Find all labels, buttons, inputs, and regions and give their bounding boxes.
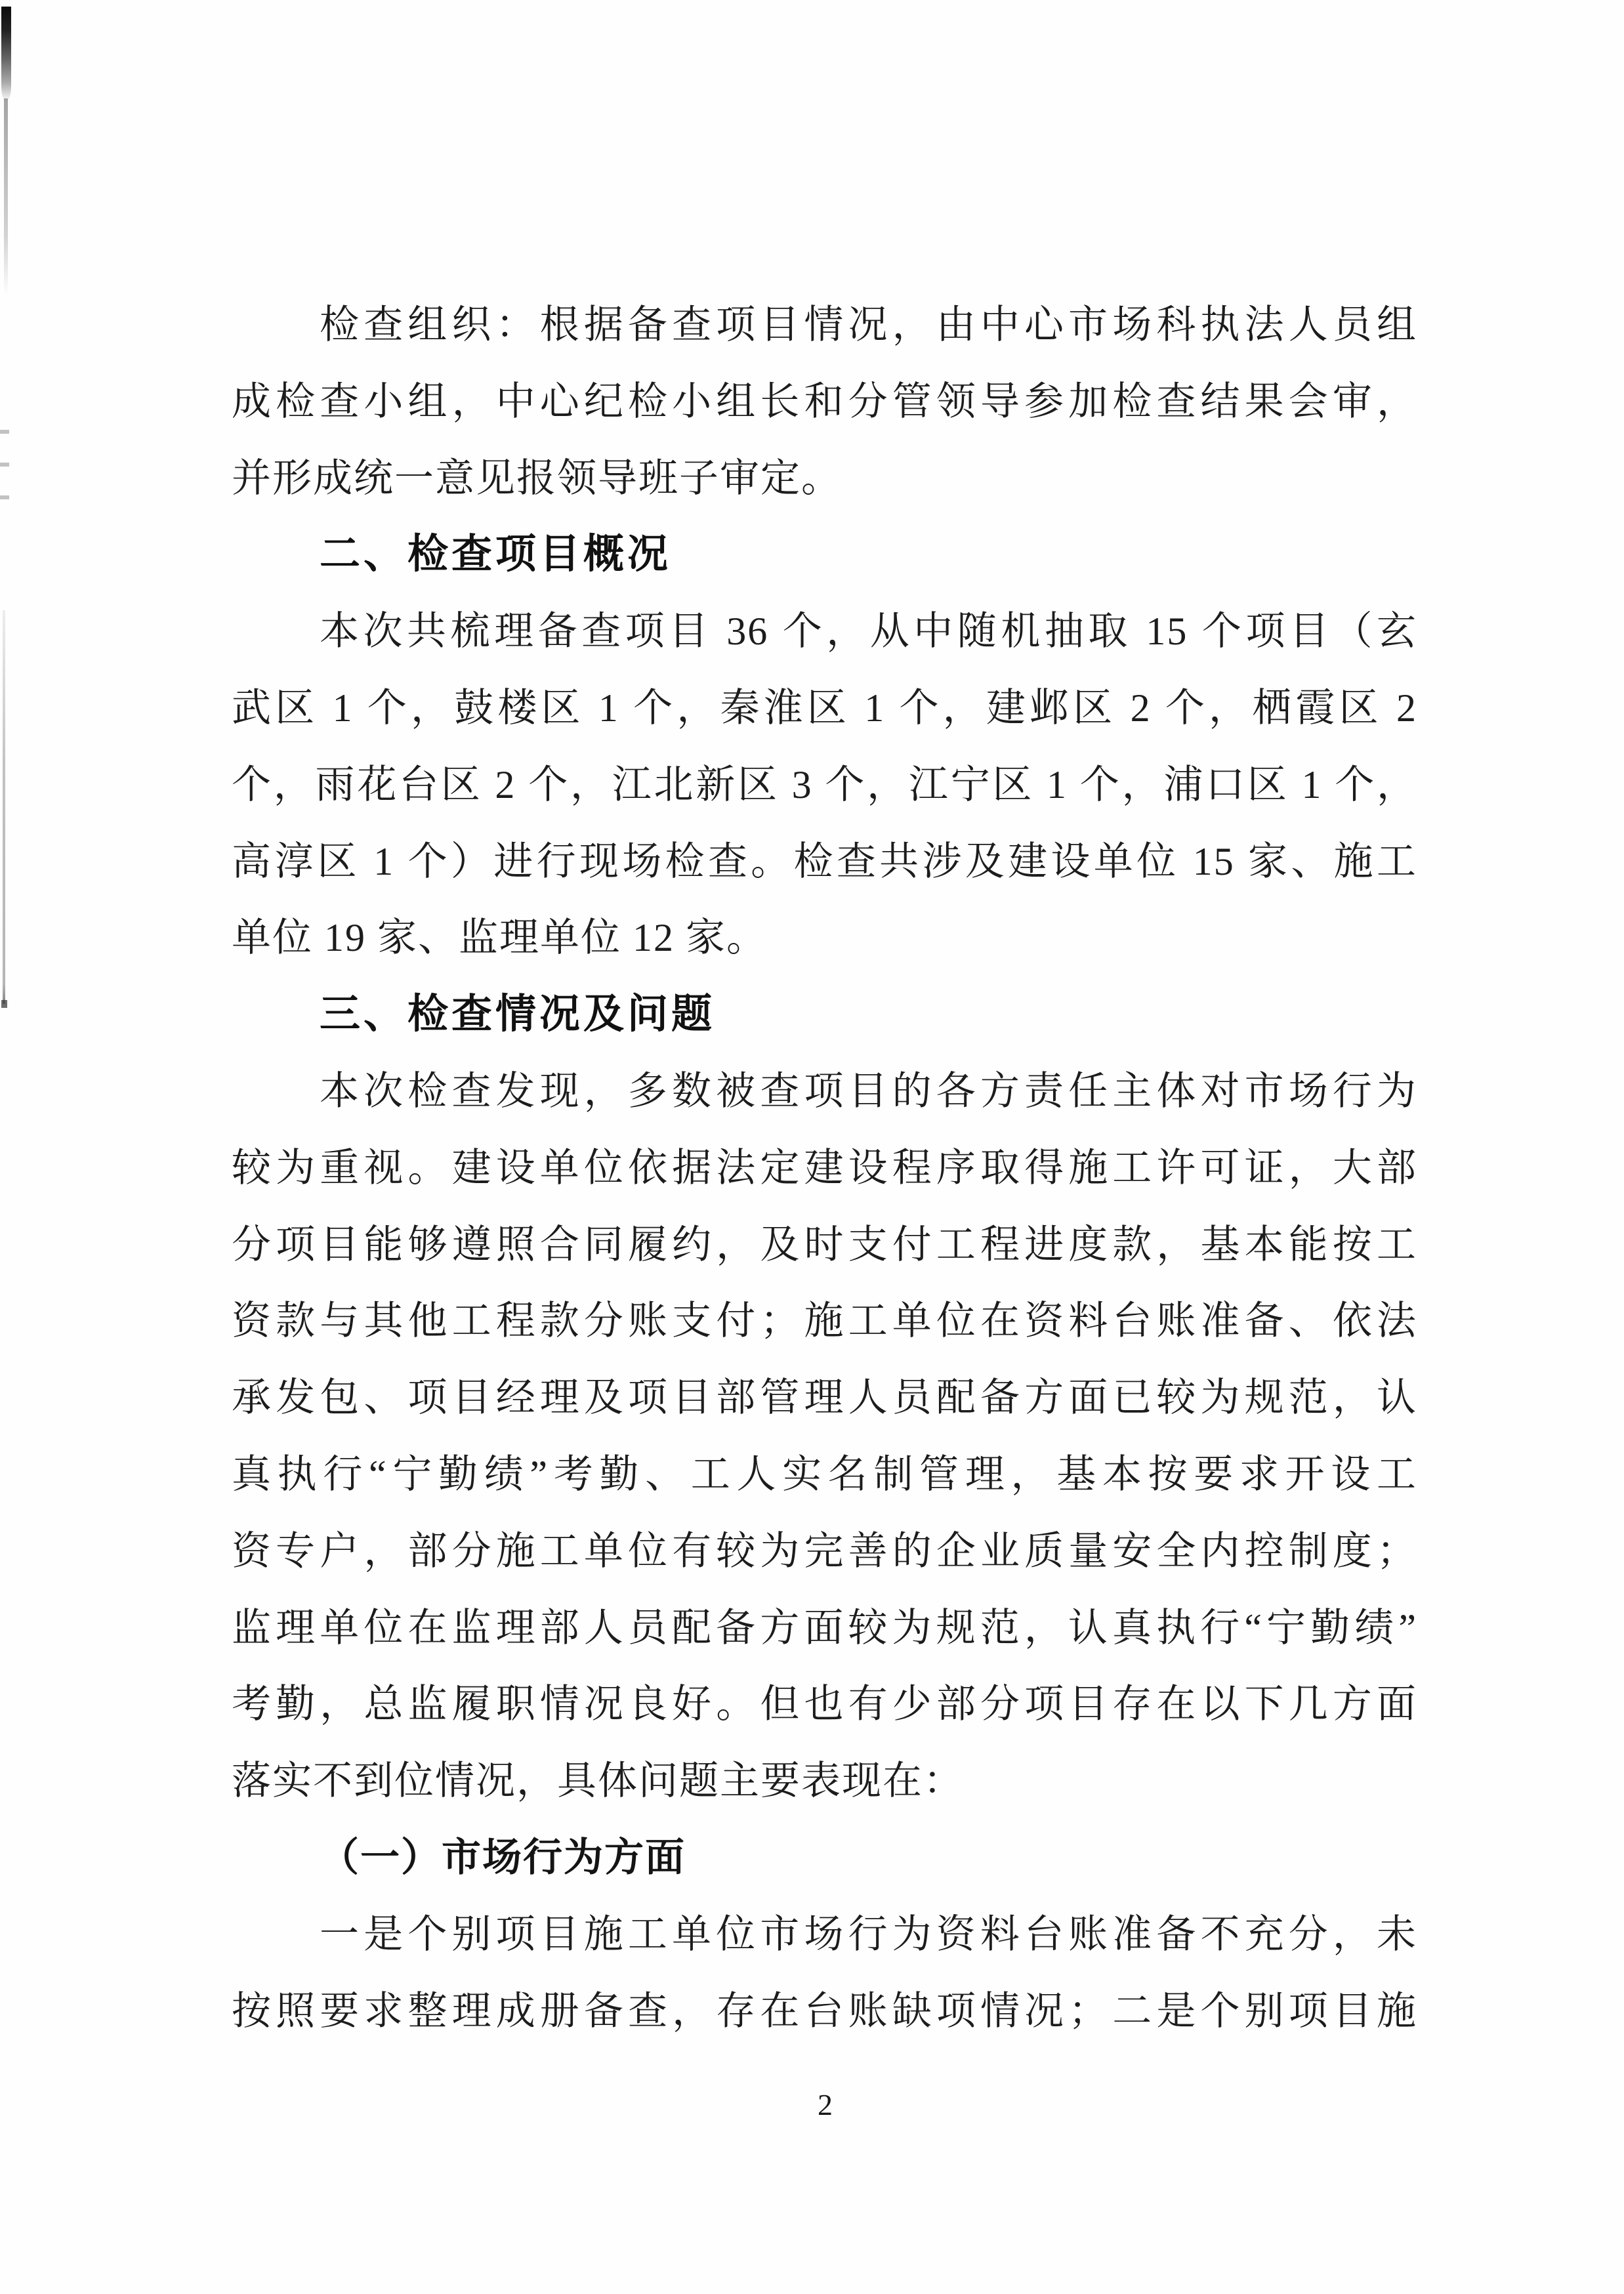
text-line: 并形成统一意见报领导班子审定。	[232, 440, 1417, 517]
text-line: 个，雨花台区 2 个，江北新区 3 个，江宁区 1 个，浦口区 1 个，	[232, 747, 1417, 824]
document-page: 检查组织：根据备查项目情况，由中心市场科执法人员组 成检查小组，中心纪检小组长和…	[0, 0, 1624, 2294]
text-line: 武区 1 个，鼓楼区 1 个，秦淮区 1 个，建邺区 2 个，栖霞区 2	[232, 670, 1417, 747]
text-line: 按照要求整理成册备查，存在台账缺项情况；二是个别项目施	[232, 1973, 1417, 2050]
scan-artifact-edge-ticks	[0, 430, 9, 528]
section-heading-2: 二、检查项目概况	[232, 516, 1417, 593]
text-line: 一是个别项目施工单位市场行为资料台账准备不充分，未	[232, 1896, 1417, 1973]
text-line: 本次共梳理备查项目 36 个，从中随机抽取 15 个项目（玄	[232, 593, 1417, 670]
text-line: 本次检查发现，多数被查项目的各方责任主体对市场行为	[232, 1053, 1417, 1130]
text-line: 检查组织：根据备查项目情况，由中心市场科执法人员组	[232, 287, 1417, 364]
scan-artifact-streak-lower	[3, 610, 5, 1004]
text-line: 高淳区 1 个）进行现场检查。检查共涉及建设单位 15 家、施工	[232, 824, 1417, 900]
document-body: 检查组织：根据备查项目情况，由中心市场科执法人员组 成检查小组，中心纪检小组长和…	[232, 287, 1417, 2049]
page-number: 2	[13, 2089, 1624, 2121]
text-line: 监理单位在监理部人员配备方面较为规范，认真执行“宁勤绩”	[232, 1590, 1417, 1667]
section-heading-3: 三、检查情况及问题	[232, 976, 1417, 1053]
subsection-heading-1: （一）市场行为方面	[232, 1820, 1417, 1896]
text-line: 较为重视。建设单位依据法定建设程序取得施工许可证，大部	[232, 1130, 1417, 1207]
text-line: 承发包、项目经理及项目部管理人员配备方面已较为规范，认	[232, 1360, 1417, 1436]
text-line: 成检查小组，中心纪检小组长和分管领导参加检查结果会审，	[232, 364, 1417, 440]
scan-artifact-end-tick	[1, 1000, 7, 1008]
text-line: 资专户，部分施工单位有较为完善的企业质量安全内控制度；	[232, 1513, 1417, 1590]
text-line: 考勤，总监履职情况良好。但也有少部分项目存在以下几方面	[232, 1666, 1417, 1743]
scan-artifact-top-left	[1, 7, 11, 102]
text-line: 资款与其他工程款分账支付；施工单位在资料台账准备、依法	[232, 1283, 1417, 1360]
text-line: 单位 19 家、监理单位 12 家。	[232, 900, 1417, 976]
text-line: 落实不到位情况，具体问题主要表现在：	[232, 1743, 1417, 1820]
text-line: 分项目能够遵照合同履约，及时支付工程进度款，基本能按工	[232, 1207, 1417, 1283]
text-line: 真执行“宁勤绩”考勤、工人实名制管理，基本按要求开设工	[232, 1436, 1417, 1513]
scan-artifact-streak-upper	[4, 98, 8, 295]
